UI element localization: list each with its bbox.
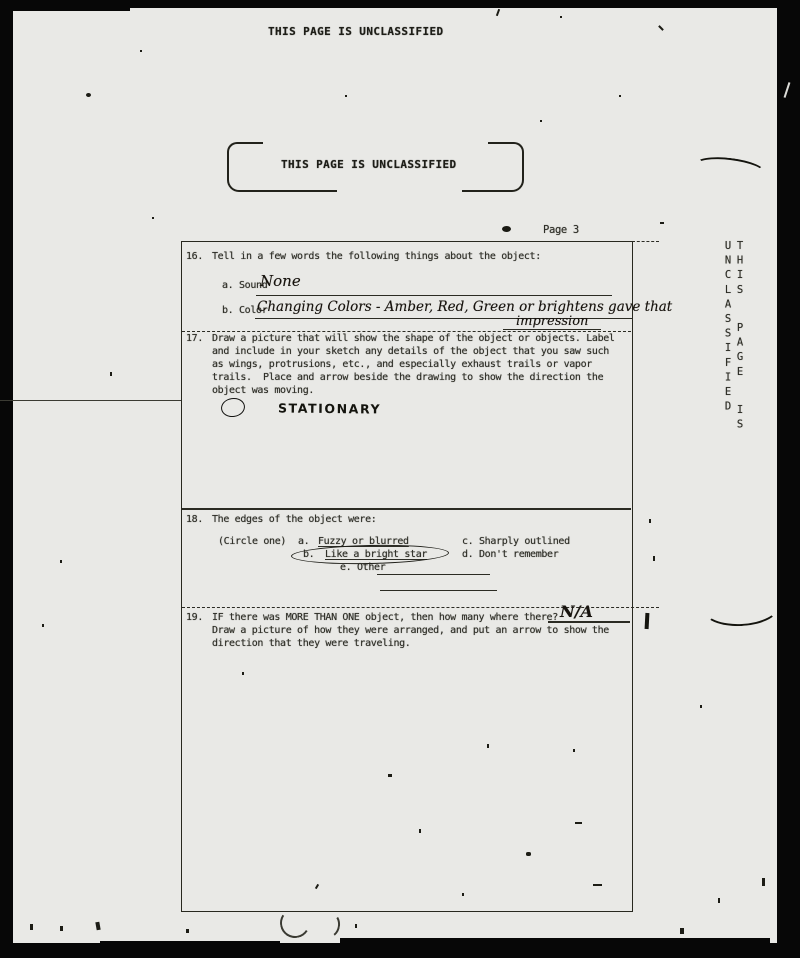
stamp-corner-top-right [488, 142, 524, 166]
q19-answer-line [548, 621, 630, 623]
top-unclassified-banner: THIS PAGE IS UNCLASSIFIED [268, 25, 444, 38]
q16a-answer-line [256, 295, 612, 296]
q17-line5: object was moving. [212, 385, 314, 396]
scan-edge-top [0, 0, 800, 8]
q19-line3: direction that they were traveling. [212, 638, 410, 649]
separator-q16-q17 [182, 331, 631, 332]
separator-q17-q18 [182, 508, 631, 510]
form-top-border-extension [632, 241, 659, 242]
q18-option-a-num: a. [298, 536, 309, 547]
stamp-corner-top-left [227, 142, 263, 166]
q16-number: 16. [186, 251, 203, 262]
margin-line-left [0, 400, 181, 401]
q18-option-e: e. Other [340, 562, 385, 573]
q19-number: 19. [186, 612, 203, 623]
side-unclassified-stamp: THIS PAGE IS UNCLASSIFIED [722, 240, 746, 585]
q17-line3: as wings, protrusions, etc., and especia… [212, 359, 592, 370]
q18-extra-line [380, 590, 497, 591]
q18-prompt: The edges of the object were: [212, 514, 376, 525]
q17-number: 17. [186, 333, 203, 344]
q18-number: 18. [186, 514, 203, 525]
q16a-handwritten-answer: None [260, 272, 301, 290]
q16-prompt: Tell in a few words the following things… [212, 251, 541, 262]
side-stamp-bottom-curve [701, 586, 781, 628]
q17-line4: trails. Place and arrow beside the drawi… [212, 372, 603, 383]
q16b-handwritten-answer: Changing Colors - Amber, Red, Green or b… [257, 299, 672, 315]
scan-edge-top-blotch [0, 8, 130, 11]
q17-line2: and include in your sketch any details o… [212, 346, 609, 357]
q19-line1: IF there was MORE THAN ONE object, then … [212, 612, 558, 623]
q19-handwritten-answer: N/A [560, 602, 593, 621]
q18-option-d: d. Don't remember [462, 549, 558, 560]
q18-circle-one: (Circle one) [218, 536, 286, 547]
pencil-arc-2 [316, 910, 342, 939]
sketch-label: STATIONARY [278, 400, 381, 416]
stamp-corner-bottom-right [462, 166, 524, 192]
ink-blob [502, 226, 511, 232]
q17-line1: Draw a picture that will show the shape … [212, 333, 615, 344]
q18-other-line [377, 574, 490, 575]
scan-edge-right [777, 0, 800, 958]
side-stamp-top-curve [693, 154, 767, 185]
scan-edge-bottom-blotch2 [100, 941, 280, 945]
scan-edge-left [0, 0, 13, 946]
q18-option-c: c. Sharply outlined [462, 536, 570, 547]
ink-stroke [645, 613, 649, 629]
stamp-unclassified-banner: THIS PAGE IS UNCLASSIFIED [281, 158, 457, 171]
q16b-handwritten-answer-cont: impression [516, 314, 588, 329]
scan-edge-bottom-blotch [340, 938, 770, 946]
scanned-document-page: THIS PAGE IS UNCLASSIFIED THIS PAGE IS U… [0, 0, 800, 958]
q19-line2: Draw a picture of how they were arranged… [212, 625, 609, 636]
page-number: Page 3 [543, 224, 579, 236]
